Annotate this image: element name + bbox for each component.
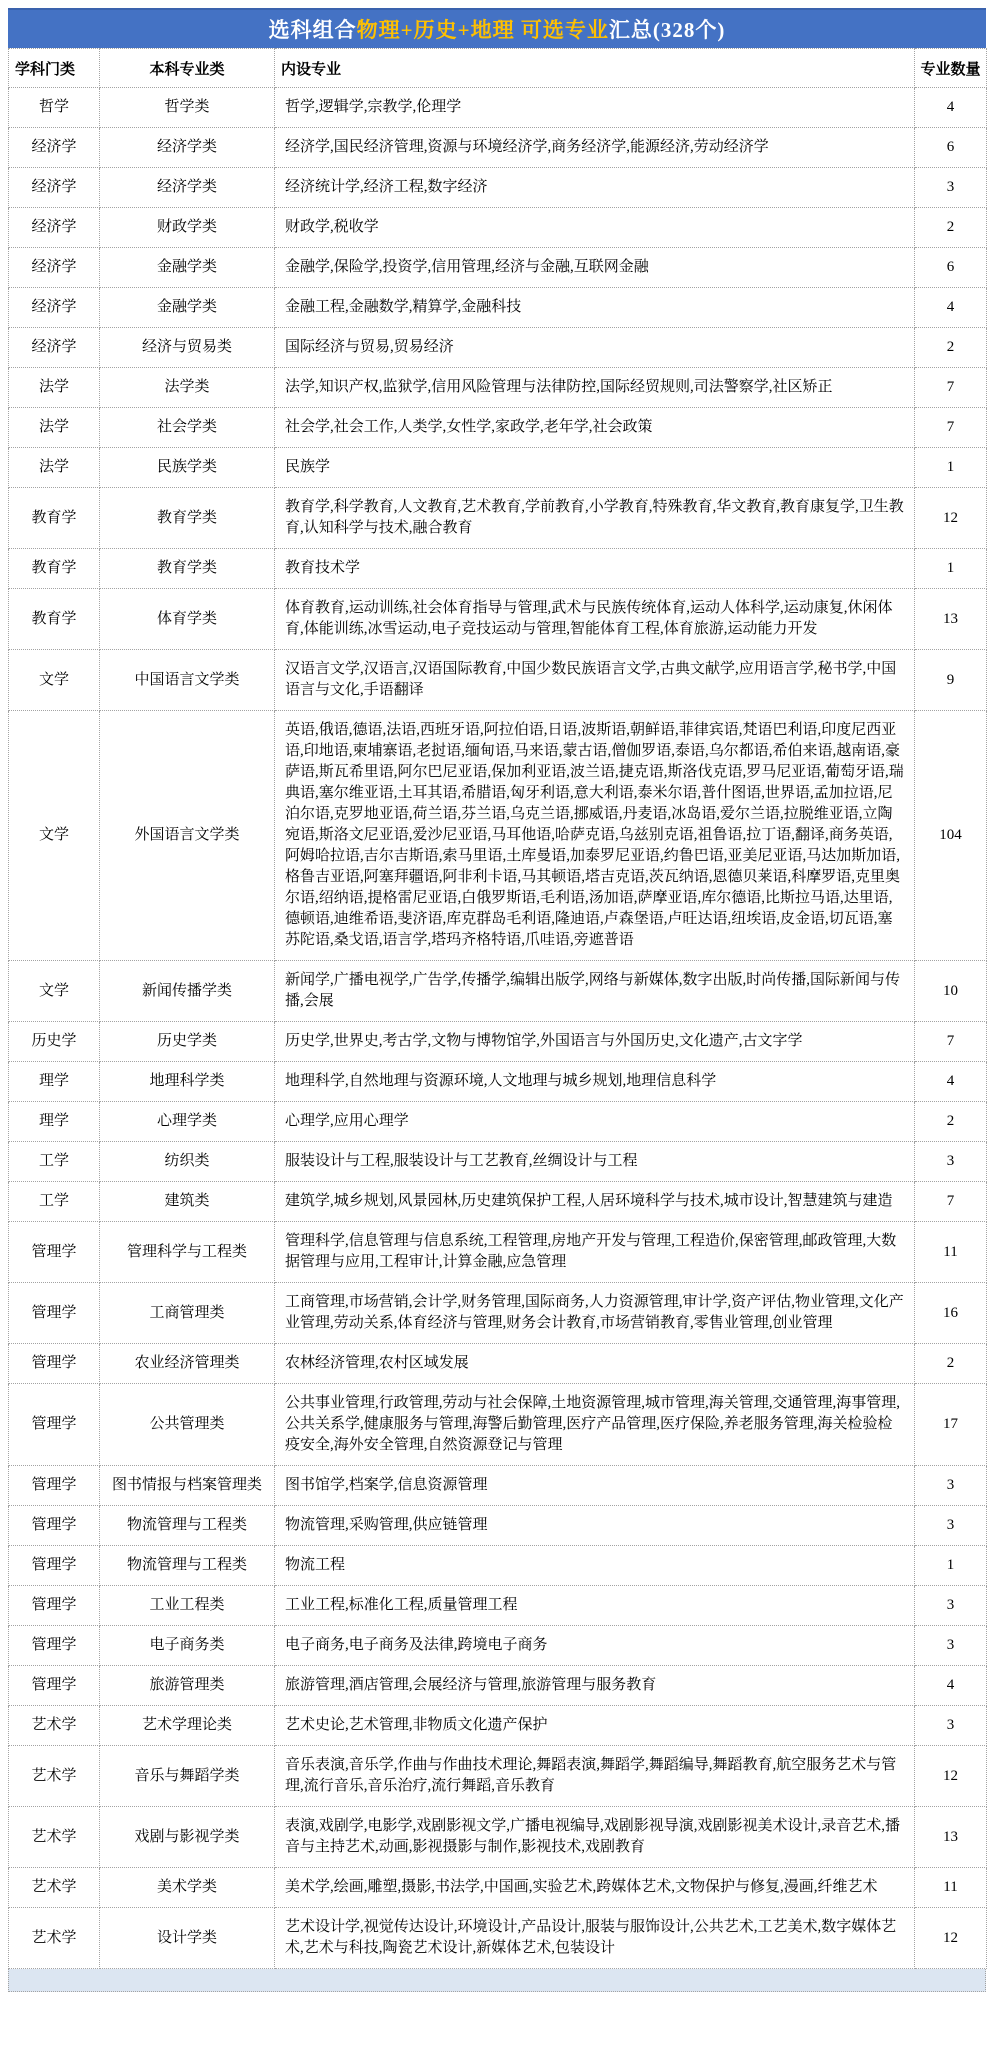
cell-major-count: 3 (915, 1586, 987, 1626)
cell-included-majors: 艺术设计学,视觉传达设计,环境设计,产品设计,服装与服饰设计,公共艺术,工艺美术… (275, 1908, 915, 1969)
cell-major-class: 音乐与舞蹈学类 (100, 1746, 275, 1807)
cell-included-majors: 教育技术学 (275, 549, 915, 589)
cell-major-class: 公共管理类 (100, 1384, 275, 1466)
cell-major-class: 设计学类 (100, 1908, 275, 1969)
table-row: 管理学管理科学与工程类管理科学,信息管理与信息系统,工程管理,房地产开发与管理,… (9, 1222, 987, 1283)
table-row: 艺术学艺术学理论类艺术史论,艺术管理,非物质文化遗产保护3 (9, 1706, 987, 1746)
cell-discipline-category: 管理学 (9, 1546, 100, 1586)
table-title: 选科组合物理+历史+地理 可选专业汇总(328个) (8, 8, 986, 48)
cell-major-class: 戏剧与影视学类 (100, 1807, 275, 1868)
cell-major-count: 1 (915, 549, 987, 589)
table-row: 工学建筑类建筑学,城乡规划,风景园林,历史建筑保护工程,人居环境科学与技术,城市… (9, 1182, 987, 1222)
cell-major-class: 社会学类 (100, 408, 275, 448)
cell-discipline-category: 理学 (9, 1062, 100, 1102)
table-row: 艺术学设计学类艺术设计学,视觉传达设计,环境设计,产品设计,服装与服饰设计,公共… (9, 1908, 987, 1969)
cell-included-majors: 法学,知识产权,监狱学,信用风险管理与法律防控,国际经贸规则,司法警察学,社区矫… (275, 368, 915, 408)
cell-included-majors: 社会学,社会工作,人类学,女性学,家政学,老年学,社会政策 (275, 408, 915, 448)
cell-included-majors: 公共事业管理,行政管理,劳动与社会保障,土地资源管理,城市管理,海关管理,交通管… (275, 1384, 915, 1466)
table-row: 教育学体育学类体育教育,运动训练,社会体育指导与管理,武术与民族传统体育,运动人… (9, 589, 987, 650)
cell-included-majors: 旅游管理,酒店管理,会展经济与管理,旅游管理与服务教育 (275, 1666, 915, 1706)
cell-major-class: 建筑类 (100, 1182, 275, 1222)
table-row: 经济学经济学类经济统计学,经济工程,数字经济3 (9, 168, 987, 208)
cell-discipline-category: 管理学 (9, 1626, 100, 1666)
cell-major-class: 历史学类 (100, 1022, 275, 1062)
cell-major-class: 经济学类 (100, 168, 275, 208)
cell-discipline-category: 管理学 (9, 1466, 100, 1506)
cell-major-count: 3 (915, 1506, 987, 1546)
cell-included-majors: 经济学,国民经济管理,资源与环境经济学,商务经济学,能源经济,劳动经济学 (275, 128, 915, 168)
table-row: 法学法学类法学,知识产权,监狱学,信用风险管理与法律防控,国际经贸规则,司法警察… (9, 368, 987, 408)
cell-discipline-category: 法学 (9, 408, 100, 448)
cell-discipline-category: 工学 (9, 1142, 100, 1182)
cell-major-class: 财政学类 (100, 208, 275, 248)
cell-included-majors: 农林经济管理,农村区域发展 (275, 1344, 915, 1384)
cell-included-majors: 金融工程,金融数学,精算学,金融科技 (275, 288, 915, 328)
cell-major-class: 哲学类 (100, 88, 275, 128)
table-row: 文学外国语言文学类英语,俄语,德语,法语,西班牙语,阿拉伯语,日语,波斯语,朝鲜… (9, 711, 987, 961)
cell-included-majors: 物流工程 (275, 1546, 915, 1586)
cell-included-majors: 表演,戏剧学,电影学,戏剧影视文学,广播电视编导,戏剧影视导演,戏剧影视美术设计… (275, 1807, 915, 1868)
cell-major-count: 6 (915, 128, 987, 168)
majors-table: 学科门类 本科专业类 内设专业 专业数量 哲学哲学类哲学,逻辑学,宗教学,伦理学… (8, 48, 987, 1969)
cell-included-majors: 艺术史论,艺术管理,非物质文化遗产保护 (275, 1706, 915, 1746)
cell-included-majors: 电子商务,电子商务及法律,跨境电子商务 (275, 1626, 915, 1666)
table-row: 理学心理学类心理学,应用心理学2 (9, 1102, 987, 1142)
page: 选科组合物理+历史+地理 可选专业汇总(328个) 学科门类 本科专业类 内设专… (8, 8, 986, 1992)
table-row: 管理学旅游管理类旅游管理,酒店管理,会展经济与管理,旅游管理与服务教育4 (9, 1666, 987, 1706)
cell-included-majors: 教育学,科学教育,人文教育,艺术教育,学前教育,小学教育,特殊教育,华文教育,教… (275, 488, 915, 549)
cell-discipline-category: 管理学 (9, 1222, 100, 1283)
cell-major-class: 金融学类 (100, 288, 275, 328)
cell-discipline-category: 工学 (9, 1182, 100, 1222)
cell-major-count: 4 (915, 1062, 987, 1102)
cell-major-class: 艺术学理论类 (100, 1706, 275, 1746)
cell-discipline-category: 艺术学 (9, 1908, 100, 1969)
table-row: 教育学教育学类教育学,科学教育,人文教育,艺术教育,学前教育,小学教育,特殊教育… (9, 488, 987, 549)
cell-major-class: 旅游管理类 (100, 1666, 275, 1706)
cell-major-count: 4 (915, 88, 987, 128)
cell-major-count: 1 (915, 448, 987, 488)
cell-major-count: 3 (915, 1626, 987, 1666)
cell-major-class: 美术学类 (100, 1868, 275, 1908)
cell-discipline-category: 艺术学 (9, 1868, 100, 1908)
cell-major-count: 13 (915, 1807, 987, 1868)
table-row: 管理学农业经济管理类农林经济管理,农村区域发展2 (9, 1344, 987, 1384)
cell-major-class: 体育学类 (100, 589, 275, 650)
cell-major-class: 外国语言文学类 (100, 711, 275, 961)
table-row: 经济学经济学类经济学,国民经济管理,资源与环境经济学,商务经济学,能源经济,劳动… (9, 128, 987, 168)
cell-major-count: 11 (915, 1868, 987, 1908)
cell-discipline-category: 艺术学 (9, 1807, 100, 1868)
cell-included-majors: 金融学,保险学,投资学,信用管理,经济与金融,互联网金融 (275, 248, 915, 288)
cell-major-count: 2 (915, 208, 987, 248)
cell-major-class: 农业经济管理类 (100, 1344, 275, 1384)
cell-major-count: 16 (915, 1283, 987, 1344)
cell-major-count: 12 (915, 1746, 987, 1807)
cell-discipline-category: 经济学 (9, 168, 100, 208)
cell-major-count: 6 (915, 248, 987, 288)
cell-major-class: 纺织类 (100, 1142, 275, 1182)
col-header-discipline-category: 学科门类 (9, 49, 100, 88)
cell-major-count: 3 (915, 1466, 987, 1506)
table-row: 文学新闻传播学类新闻学,广播电视学,广告学,传播学,编辑出版学,网络与新媒体,数… (9, 961, 987, 1022)
cell-included-majors: 汉语言文学,汉语言,汉语国际教育,中国少数民族语言文学,古典文献学,应用语言学,… (275, 650, 915, 711)
cell-major-class: 教育学类 (100, 488, 275, 549)
cell-discipline-category: 管理学 (9, 1586, 100, 1626)
cell-discipline-category: 经济学 (9, 208, 100, 248)
cell-discipline-category: 文学 (9, 650, 100, 711)
table-row: 管理学电子商务类电子商务,电子商务及法律,跨境电子商务3 (9, 1626, 987, 1666)
cell-included-majors: 新闻学,广播电视学,广告学,传播学,编辑出版学,网络与新媒体,数字出版,时尚传播… (275, 961, 915, 1022)
cell-included-majors: 哲学,逻辑学,宗教学,伦理学 (275, 88, 915, 128)
cell-major-count: 2 (915, 1344, 987, 1384)
cell-discipline-category: 管理学 (9, 1384, 100, 1466)
cell-major-class: 物流管理与工程类 (100, 1506, 275, 1546)
cell-discipline-category: 经济学 (9, 248, 100, 288)
cell-major-count: 3 (915, 1706, 987, 1746)
cell-major-class: 金融学类 (100, 248, 275, 288)
table-row: 管理学物流管理与工程类物流管理,采购管理,供应链管理3 (9, 1506, 987, 1546)
cell-major-class: 经济学类 (100, 128, 275, 168)
table-body: 哲学哲学类哲学,逻辑学,宗教学,伦理学4经济学经济学类经济学,国民经济管理,资源… (9, 88, 987, 1969)
cell-major-count: 17 (915, 1384, 987, 1466)
cell-major-count: 7 (915, 368, 987, 408)
cell-discipline-category: 法学 (9, 448, 100, 488)
cell-major-count: 7 (915, 1022, 987, 1062)
cell-included-majors: 图书馆学,档案学,信息资源管理 (275, 1466, 915, 1506)
table-row: 经济学财政学类财政学,税收学2 (9, 208, 987, 248)
cell-discipline-category: 艺术学 (9, 1706, 100, 1746)
cell-discipline-category: 历史学 (9, 1022, 100, 1062)
title-segment-suffix: 汇总(328个) (609, 14, 726, 44)
cell-discipline-category: 经济学 (9, 328, 100, 368)
cell-included-majors: 经济统计学,经济工程,数字经济 (275, 168, 915, 208)
table-row: 管理学工商管理类工商管理,市场营销,会计学,财务管理,国际商务,人力资源管理,审… (9, 1283, 987, 1344)
cell-discipline-category: 管理学 (9, 1283, 100, 1344)
table-row: 经济学金融学类金融学,保险学,投资学,信用管理,经济与金融,互联网金融6 (9, 248, 987, 288)
cell-discipline-category: 经济学 (9, 128, 100, 168)
cell-major-class: 物流管理与工程类 (100, 1546, 275, 1586)
title-segment-prefix: 选科组合 (269, 14, 357, 44)
table-row: 管理学工业工程类工业工程,标准化工程,质量管理工程3 (9, 1586, 987, 1626)
cell-major-count: 4 (915, 288, 987, 328)
table-row: 经济学金融学类金融工程,金融数学,精算学,金融科技4 (9, 288, 987, 328)
cell-major-count: 7 (915, 1182, 987, 1222)
cell-discipline-category: 经济学 (9, 288, 100, 328)
table-row: 教育学教育学类教育技术学1 (9, 549, 987, 589)
cell-major-class: 图书情报与档案管理类 (100, 1466, 275, 1506)
cell-included-majors: 民族学 (275, 448, 915, 488)
cell-major-class: 工商管理类 (100, 1283, 275, 1344)
cell-included-majors: 国际经济与贸易,贸易经济 (275, 328, 915, 368)
cell-major-class: 教育学类 (100, 549, 275, 589)
cell-included-majors: 英语,俄语,德语,法语,西班牙语,阿拉伯语,日语,波斯语,朝鲜语,菲律宾语,梵语… (275, 711, 915, 961)
table-row: 理学地理科学类地理科学,自然地理与资源环境,人文地理与城乡规划,地理信息科学4 (9, 1062, 987, 1102)
cell-included-majors: 心理学,应用心理学 (275, 1102, 915, 1142)
cell-included-majors: 物流管理,采购管理,供应链管理 (275, 1506, 915, 1546)
cell-discipline-category: 管理学 (9, 1666, 100, 1706)
col-header-included-majors: 内设专业 (275, 49, 915, 88)
cell-major-count: 12 (915, 488, 987, 549)
cell-included-majors: 工业工程,标准化工程,质量管理工程 (275, 1586, 915, 1626)
cell-major-count: 3 (915, 1142, 987, 1182)
cell-discipline-category: 哲学 (9, 88, 100, 128)
cell-major-count: 9 (915, 650, 987, 711)
cell-major-count: 2 (915, 328, 987, 368)
cell-discipline-category: 理学 (9, 1102, 100, 1142)
title-segment-subjects: 物理+历史+地理 可选专业 (357, 14, 609, 44)
cell-included-majors: 工商管理,市场营销,会计学,财务管理,国际商务,人力资源管理,审计学,资产评估,… (275, 1283, 915, 1344)
cell-major-class: 法学类 (100, 368, 275, 408)
cell-included-majors: 管理科学,信息管理与信息系统,工程管理,房地产开发与管理,工程造价,保密管理,邮… (275, 1222, 915, 1283)
cell-discipline-category: 文学 (9, 961, 100, 1022)
table-row: 管理学公共管理类公共事业管理,行政管理,劳动与社会保障,土地资源管理,城市管理,… (9, 1384, 987, 1466)
col-header-undergrad-major-class: 本科专业类 (100, 49, 275, 88)
cell-major-class: 管理科学与工程类 (100, 1222, 275, 1283)
cell-discipline-category: 教育学 (9, 488, 100, 549)
cell-discipline-category: 管理学 (9, 1506, 100, 1546)
cell-major-class: 心理学类 (100, 1102, 275, 1142)
cell-discipline-category: 法学 (9, 368, 100, 408)
cell-major-class: 经济与贸易类 (100, 328, 275, 368)
cell-major-count: 2 (915, 1102, 987, 1142)
footer-strip (8, 1969, 986, 1992)
cell-major-count: 12 (915, 1908, 987, 1969)
cell-major-class: 民族学类 (100, 448, 275, 488)
table-row: 管理学图书情报与档案管理类图书馆学,档案学,信息资源管理3 (9, 1466, 987, 1506)
cell-discipline-category: 管理学 (9, 1344, 100, 1384)
cell-discipline-category: 艺术学 (9, 1746, 100, 1807)
cell-major-class: 中国语言文学类 (100, 650, 275, 711)
cell-major-count: 11 (915, 1222, 987, 1283)
cell-major-class: 电子商务类 (100, 1626, 275, 1666)
cell-included-majors: 服装设计与工程,服装设计与工艺教育,丝绸设计与工程 (275, 1142, 915, 1182)
cell-major-class: 地理科学类 (100, 1062, 275, 1102)
cell-discipline-category: 教育学 (9, 549, 100, 589)
table-row: 文学中国语言文学类汉语言文学,汉语言,汉语国际教育,中国少数民族语言文学,古典文… (9, 650, 987, 711)
table-row: 艺术学戏剧与影视学类表演,戏剧学,电影学,戏剧影视文学,广播电视编导,戏剧影视导… (9, 1807, 987, 1868)
table-row: 法学社会学类社会学,社会工作,人类学,女性学,家政学,老年学,社会政策7 (9, 408, 987, 448)
col-header-major-count: 专业数量 (915, 49, 987, 88)
table-row: 工学纺织类服装设计与工程,服装设计与工艺教育,丝绸设计与工程3 (9, 1142, 987, 1182)
cell-major-count: 7 (915, 408, 987, 448)
table-header-row: 学科门类 本科专业类 内设专业 专业数量 (9, 49, 987, 88)
cell-included-majors: 音乐表演,音乐学,作曲与作曲技术理论,舞蹈表演,舞蹈学,舞蹈编导,舞蹈教育,航空… (275, 1746, 915, 1807)
cell-major-count: 13 (915, 589, 987, 650)
table-row: 法学民族学类民族学1 (9, 448, 987, 488)
cell-included-majors: 体育教育,运动训练,社会体育指导与管理,武术与民族传统体育,运动人体科学,运动康… (275, 589, 915, 650)
cell-major-count: 3 (915, 168, 987, 208)
cell-major-count: 10 (915, 961, 987, 1022)
cell-major-count: 104 (915, 711, 987, 961)
cell-major-class: 新闻传播学类 (100, 961, 275, 1022)
table-row: 经济学经济与贸易类国际经济与贸易,贸易经济2 (9, 328, 987, 368)
table-row: 艺术学美术学类美术学,绘画,雕塑,摄影,书法学,中国画,实验艺术,跨媒体艺术,文… (9, 1868, 987, 1908)
cell-included-majors: 财政学,税收学 (275, 208, 915, 248)
cell-included-majors: 美术学,绘画,雕塑,摄影,书法学,中国画,实验艺术,跨媒体艺术,文物保护与修复,… (275, 1868, 915, 1908)
table-row: 管理学物流管理与工程类物流工程1 (9, 1546, 987, 1586)
cell-included-majors: 历史学,世界史,考古学,文物与博物馆学,外国语言与外国历史,文化遗产,古文字学 (275, 1022, 915, 1062)
table-row: 历史学历史学类历史学,世界史,考古学,文物与博物馆学,外国语言与外国历史,文化遗… (9, 1022, 987, 1062)
table-row: 哲学哲学类哲学,逻辑学,宗教学,伦理学4 (9, 88, 987, 128)
cell-included-majors: 建筑学,城乡规划,风景园林,历史建筑保护工程,人居环境科学与技术,城市设计,智慧… (275, 1182, 915, 1222)
cell-major-count: 1 (915, 1546, 987, 1586)
table-row: 艺术学音乐与舞蹈学类音乐表演,音乐学,作曲与作曲技术理论,舞蹈表演,舞蹈学,舞蹈… (9, 1746, 987, 1807)
cell-discipline-category: 教育学 (9, 589, 100, 650)
cell-discipline-category: 文学 (9, 711, 100, 961)
cell-major-count: 4 (915, 1666, 987, 1706)
cell-major-class: 工业工程类 (100, 1586, 275, 1626)
cell-included-majors: 地理科学,自然地理与资源环境,人文地理与城乡规划,地理信息科学 (275, 1062, 915, 1102)
